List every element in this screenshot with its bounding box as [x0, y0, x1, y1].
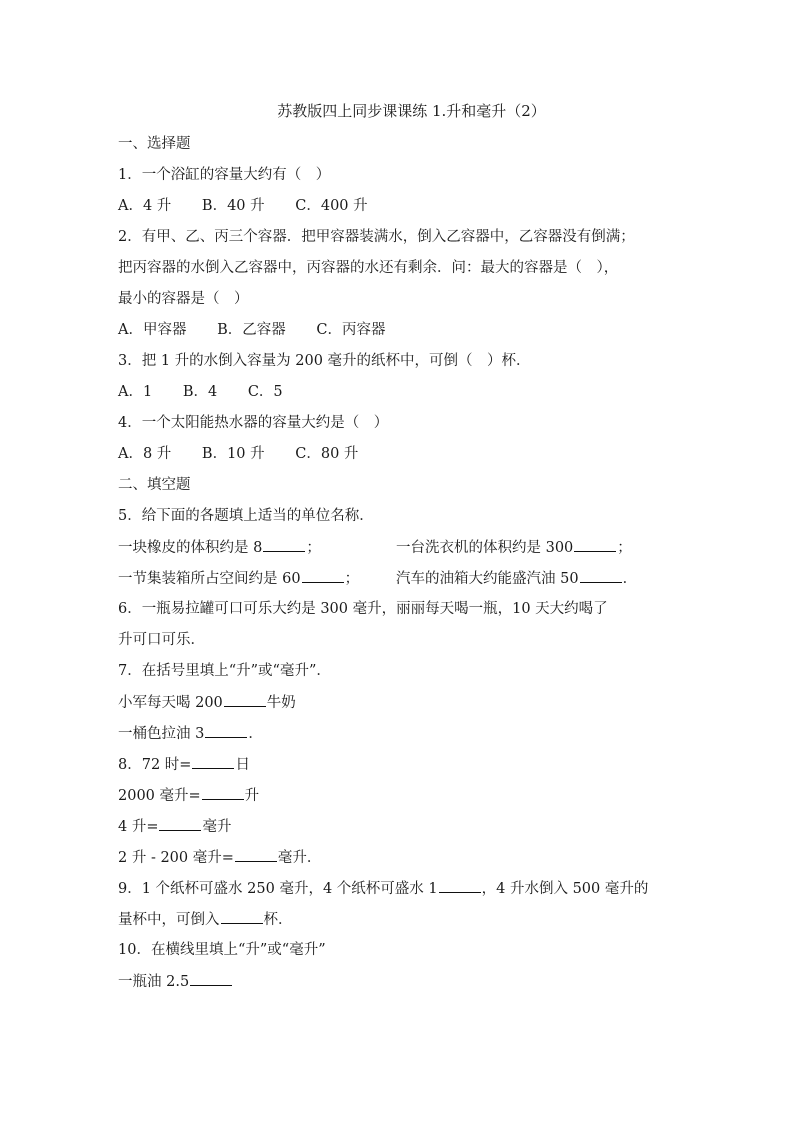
q5b: 一台洗衣机的体积约是 300； — [396, 536, 632, 559]
option-c: C．80 升 — [295, 443, 358, 465]
q5a-text: 一块橡皮的体积约是 8 — [118, 540, 262, 556]
question-5-row-1: 一块橡皮的体积约是 8； 一台洗衣机的体积约是 300； — [118, 536, 678, 558]
q8d-text: 2 升 - 200 毫升= — [118, 850, 234, 866]
question-10-a: 一瓶油 2.5 — [118, 970, 678, 992]
question-2-line-2: 把丙容器的水倒入乙容器中，丙容器的水还有剩余．问：最大的容器是（ ）， — [118, 257, 678, 279]
answer-blank[interactable] — [202, 784, 244, 800]
option-a: A．甲容器 — [118, 319, 186, 341]
question-7-stem: 7．在括号里填上“升”或“毫升”． — [118, 660, 678, 682]
section-heading-choice: 一、选择题 — [118, 133, 678, 155]
answer-blank[interactable] — [221, 908, 263, 924]
question-8-c: 4 升=毫升 — [118, 815, 678, 837]
section-heading-fill: 二、填空题 — [118, 474, 678, 496]
answer-blank[interactable] — [192, 753, 234, 769]
q5c-punct: ； — [345, 571, 360, 587]
answer-blank[interactable] — [263, 536, 305, 552]
answer-blank[interactable] — [439, 877, 481, 893]
q5b-text: 一台洗衣机的体积约是 300 — [396, 540, 573, 556]
q7a-suffix: 牛奶 — [267, 695, 296, 711]
question-1-stem: 1．一个浴缸的容量大约有（ ） — [118, 164, 678, 186]
question-5-row-2: 一节集装箱所占空间约是 60； 汽车的油箱大约能盛汽油 50． — [118, 567, 678, 589]
question-6-line-1: 6．一瓶易拉罐可口可乐大约是 300 毫升，丽丽每天喝一瓶，10 天大约喝了 — [118, 598, 678, 620]
question-2-line-1: 2．有甲、乙、丙三个容器．把甲容器装满水，倒入乙容器中，乙容器没有倒满； — [118, 226, 678, 248]
answer-blank[interactable] — [235, 846, 277, 862]
q7b-suffix: ． — [248, 726, 263, 742]
question-8-d: 2 升 - 200 毫升=毫升． — [118, 846, 678, 868]
q9-text-1: 9．1 个纸杯可盛水 250 毫升，4 个纸杯可盛水 1 — [118, 881, 438, 897]
q5d-text: 汽车的油箱大约能盛汽油 50 — [396, 571, 579, 587]
answer-blank[interactable] — [190, 970, 232, 986]
q8a-unit: 日 — [235, 757, 250, 773]
q7b-text: 一桶色拉油 3 — [118, 726, 204, 742]
question-8-b: 2000 毫升=升 — [118, 784, 678, 806]
option-c: C．丙容器 — [316, 319, 385, 341]
q8b-text: 2000 毫升= — [118, 788, 201, 804]
question-7-a: 小军每天喝 200牛奶 — [118, 691, 678, 713]
option-c: C．5 — [248, 381, 283, 403]
q5c-text: 一节集装箱所占空间约是 60 — [118, 571, 301, 587]
answer-blank[interactable] — [302, 567, 344, 583]
question-4-options: A．8 升 B．10 升 C．80 升 — [118, 443, 678, 465]
question-9-line-1: 9．1 个纸杯可盛水 250 毫升，4 个纸杯可盛水 1，4 升水倒入 500 … — [118, 877, 678, 899]
answer-blank[interactable] — [159, 815, 201, 831]
option-a: A．4 升 — [118, 195, 171, 217]
option-a: A．1 — [118, 381, 152, 403]
answer-blank[interactable] — [580, 567, 622, 583]
q9-text-2: ，4 升水倒入 500 毫升的 — [482, 881, 649, 897]
answer-blank[interactable] — [205, 722, 247, 738]
worksheet-page: 苏教版四上同步课课练 1.升和毫升（2） 一、选择题 1．一个浴缸的容量大约有（… — [0, 0, 793, 1122]
answer-blank[interactable] — [224, 691, 266, 707]
question-3-options: A．1 B．4 C．5 — [118, 381, 678, 403]
option-b: B．40 升 — [202, 195, 265, 217]
q5a-punct: ； — [306, 540, 321, 556]
option-c: C．400 升 — [295, 195, 367, 217]
q8b-unit: 升 — [245, 788, 260, 804]
q8a-text: 8．72 时= — [118, 757, 191, 773]
question-6-line-2: 升可口可乐． — [118, 629, 678, 651]
question-8-a: 8．72 时=日 — [118, 753, 678, 775]
answer-blank[interactable] — [574, 536, 616, 552]
question-5-stem: 5．给下面的各题填上适当的单位名称． — [118, 505, 678, 527]
question-4-stem: 4．一个太阳能热水器的容量大约是（ ） — [118, 412, 678, 434]
q9-text-3: 量杯中，可倒入 — [118, 912, 220, 928]
q8c-text: 4 升= — [118, 819, 158, 835]
q9-text-4: 杯． — [264, 912, 293, 928]
q10a-text: 一瓶油 2.5 — [118, 974, 189, 990]
q7a-text: 小军每天喝 200 — [118, 695, 223, 711]
option-b: B．10 升 — [202, 443, 265, 465]
q5b-punct: ； — [617, 540, 632, 556]
option-a: A．8 升 — [118, 443, 171, 465]
question-2-options: A．甲容器 B．乙容器 C．丙容器 — [118, 319, 678, 341]
option-b: B．4 — [183, 381, 217, 403]
question-9-line-2: 量杯中，可倒入杯． — [118, 908, 678, 930]
question-10-stem: 10．在横线里填上“升”或“毫升” — [118, 939, 678, 961]
q5d-punct: ． — [623, 571, 638, 587]
q5d: 汽车的油箱大约能盛汽油 50． — [396, 567, 637, 590]
page-title: 苏教版四上同步课课练 1.升和毫升（2） — [0, 100, 793, 122]
option-b: B．乙容器 — [217, 319, 286, 341]
q8c-unit: 毫升 — [202, 819, 231, 835]
question-1-options: A．4 升 B．40 升 C．400 升 — [118, 195, 678, 217]
question-3-stem: 3．把 1 升的水倒入容量为 200 毫升的纸杯中，可倒（ ）杯． — [118, 350, 678, 372]
question-2-line-3: 最小的容器是（ ） — [118, 288, 678, 310]
q8d-unit: 毫升． — [278, 850, 322, 866]
question-7-b: 一桶色拉油 3． — [118, 722, 678, 744]
